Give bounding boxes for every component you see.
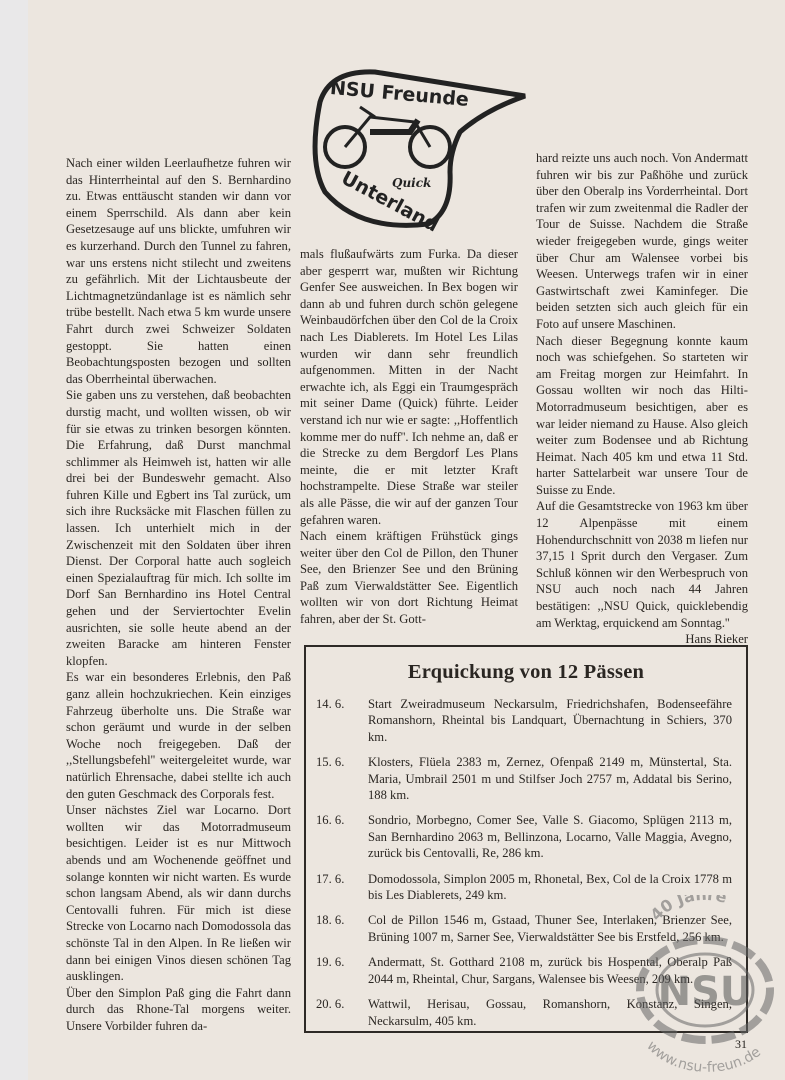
paragraph: Nach dieser Begegnung konnte kaum noch w… bbox=[536, 333, 748, 499]
nsu-watermark-logo: 40 Jahre NSU www.nsu-freun.de bbox=[625, 895, 785, 1075]
stage-text: Klosters, Flüela 2383 m, Zernez, Ofenpaß… bbox=[368, 754, 732, 803]
paragraph: Nach einem kräftigen Frühstück gings wei… bbox=[300, 528, 518, 628]
svg-text:Quick: Quick bbox=[392, 176, 431, 190]
paragraph: hard reizte uns auch noch. Von Andermatt… bbox=[536, 150, 748, 333]
paragraph: Sie gaben uns zu verstehen, daß beobacht… bbox=[66, 387, 291, 669]
article-column-1: Nach einer wilden Leerlaufhetze fuhren w… bbox=[66, 155, 291, 1034]
itinerary-row: 14. 6.Start Zweiradmuseum Neckarsulm, Fr… bbox=[316, 696, 732, 745]
motorcycle-icon bbox=[325, 107, 450, 167]
paragraph: Es war ein besonderes Erlebnis, den Paß … bbox=[66, 669, 291, 802]
stage-date: 15. 6. bbox=[316, 754, 368, 803]
paragraph: Nach einer wilden Leerlaufhetze fuhren w… bbox=[66, 155, 291, 387]
paragraph: Über den Simplon Paß ging die Fahrt dann… bbox=[66, 985, 291, 1035]
stage-text: Start Zweiradmuseum Neckarsulm, Friedric… bbox=[368, 696, 732, 745]
stage-date: 14. 6. bbox=[316, 696, 368, 745]
svg-text:NSU: NSU bbox=[658, 969, 753, 1015]
stage-date: 18. 6. bbox=[316, 912, 368, 945]
stage-date: 17. 6. bbox=[316, 871, 368, 904]
itinerary-row: 16. 6.Sondrio, Morbegno, Comer See, Vall… bbox=[316, 812, 732, 861]
paragraph: Auf die Gesamtstrecke von 1963 km über 1… bbox=[536, 498, 748, 631]
nsu-freunde-logo: NSU Freunde Quick Unterland bbox=[300, 62, 530, 234]
itinerary-row: 15. 6.Klosters, Flüela 2383 m, Zernez, O… bbox=[316, 754, 732, 803]
stage-date: 19. 6. bbox=[316, 954, 368, 987]
stage-date: 20. 6. bbox=[316, 996, 368, 1029]
article-column-2: mals flußaufwärts zum Furka. Da dieser a… bbox=[300, 246, 518, 628]
article-column-3: hard reizte uns auch noch. Von Andermatt… bbox=[536, 150, 748, 648]
paragraph: Unser nächstes Ziel war Locarno. Dort wo… bbox=[66, 802, 291, 985]
stage-text: Sondrio, Morbegno, Comer See, Valle S. G… bbox=[368, 812, 732, 861]
stage-date: 16. 6. bbox=[316, 812, 368, 861]
paragraph: mals flußaufwärts zum Furka. Da dieser a… bbox=[300, 246, 518, 528]
svg-text:40 Jahre: 40 Jahre bbox=[646, 895, 728, 924]
itinerary-title: Erquickung von 12 Pässen bbox=[306, 661, 746, 684]
